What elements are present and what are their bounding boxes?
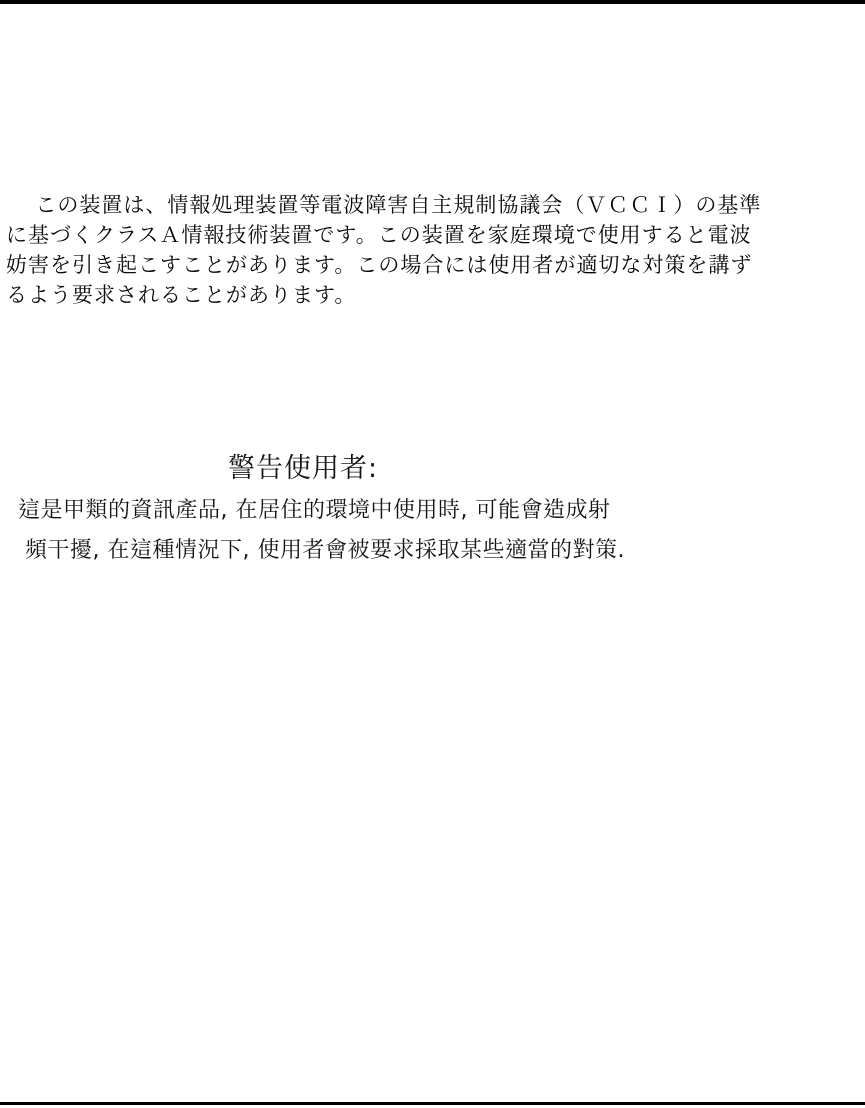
- top-rule: [0, 0, 865, 4]
- vcci-notice-line-4: るよう要求されることがあります。: [6, 280, 796, 310]
- warning-line-1: 這是甲類的資訊產品, 在居住的環境中使用時, 可能會造成射: [18, 498, 698, 524]
- class-a-warning-chinese: 警告使用者: 這是甲類的資訊產品, 在居住的環境中使用時, 可能會造成射 頻干擾…: [18, 452, 698, 564]
- vcci-notice-line-3: 妨害を引き起こすことがあります。この場合には使用者が適切な対策を講ず: [6, 250, 796, 280]
- warning-heading: 警告使用者:: [18, 452, 698, 486]
- vcci-notice-line-1: この装置は、情報処理装置等電波障害自主規制協議会（ＶＣＣＩ）の基準: [6, 190, 796, 220]
- vcci-notice-japanese: この装置は、情報処理装置等電波障害自主規制協議会（ＶＣＣＩ）の基準 に基づくクラ…: [6, 190, 796, 310]
- vcci-notice-line-2: に基づくクラスＡ情報技術装置です。この装置を家庭環境で使用すると電波: [6, 220, 796, 250]
- warning-line-2: 頻干擾, 在這種情況下, 使用者會被要求採取某些適當的對策.: [18, 538, 698, 564]
- document-page: この装置は、情報処理装置等電波障害自主規制協議会（ＶＣＣＩ）の基準 に基づくクラ…: [0, 0, 865, 1108]
- bottom-rule: [0, 1102, 865, 1105]
